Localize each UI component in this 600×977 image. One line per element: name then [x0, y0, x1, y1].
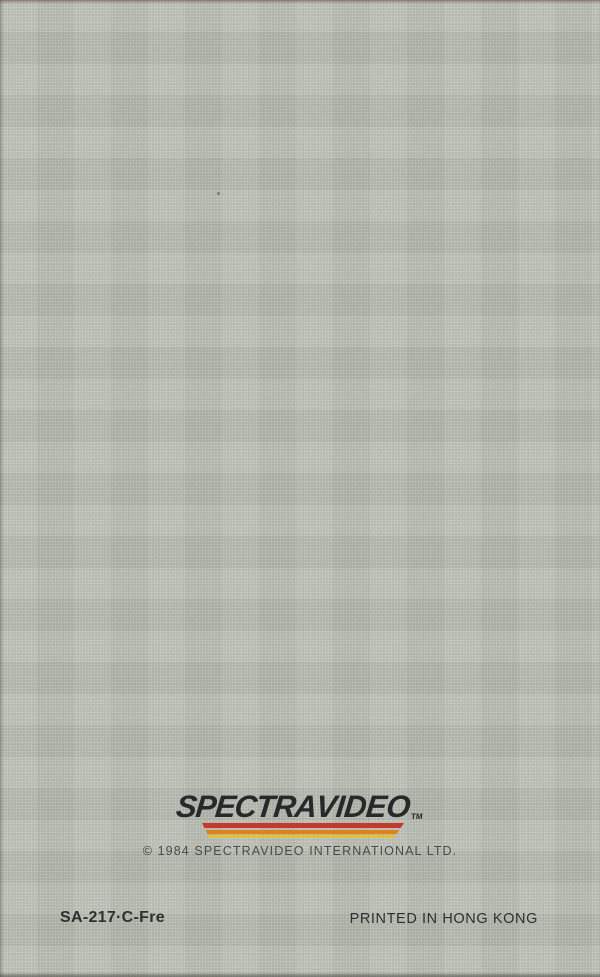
paper-speck — [217, 192, 220, 195]
logo-stripes — [202, 823, 404, 838]
trademark-symbol: TM — [411, 812, 424, 821]
stripe-yellow — [202, 835, 404, 838]
logo-text-spectra: SPECTRA — [175, 789, 318, 824]
spectravideo-logo: SPECTRAVIDEOTM — [0, 791, 600, 822]
model-code: SA-217·C-Fre — [60, 909, 165, 927]
copyright-line: © 1984 SPECTRAVIDEO INTERNATIONAL LTD. — [0, 844, 600, 858]
manual-back-cover: SPECTRAVIDEOTM © 1984 SPECTRAVIDEO INTER… — [0, 0, 600, 977]
printed-in-notice: PRINTED IN HONG KONG — [350, 911, 538, 927]
stripe-orange — [202, 830, 404, 834]
logo-text-video: VIDEO — [314, 789, 412, 824]
stripe-red — [202, 823, 404, 828]
